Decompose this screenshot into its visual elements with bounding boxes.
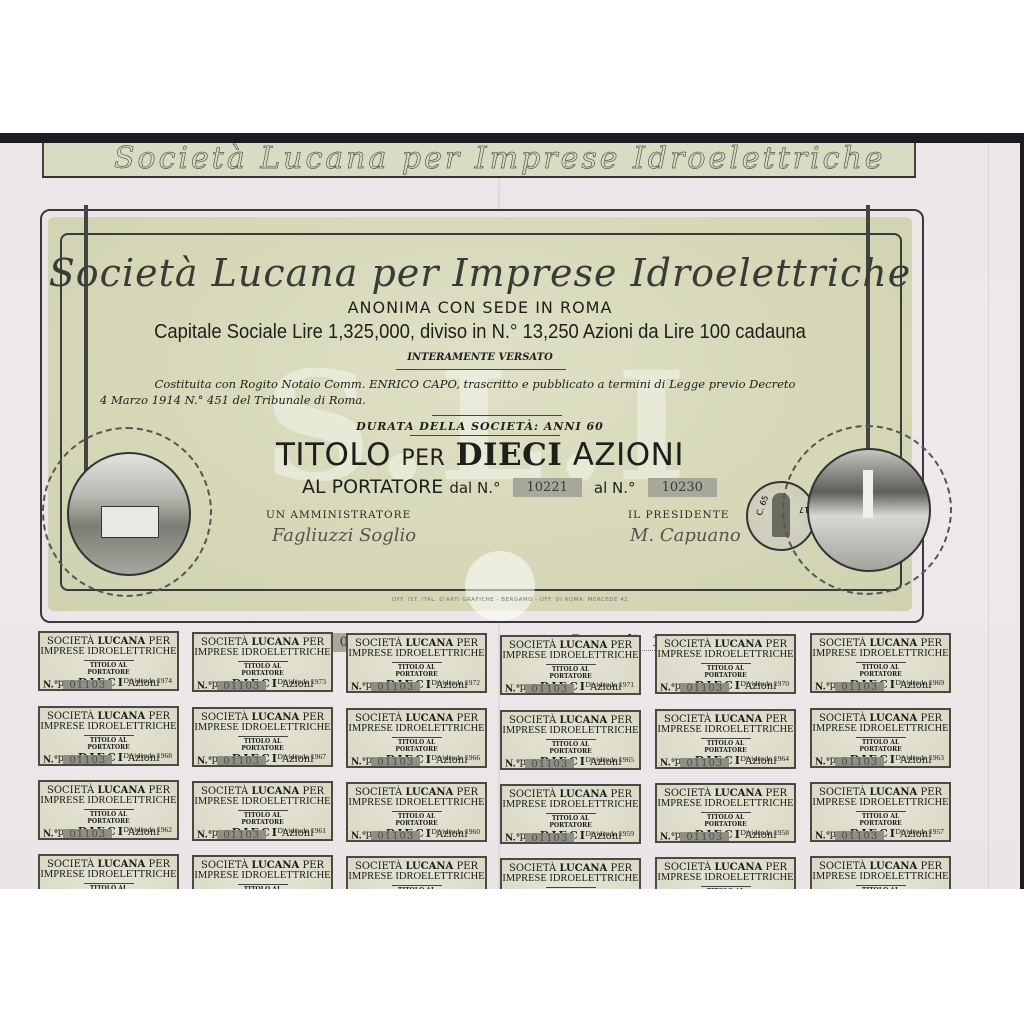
coupon-footer: N.° 01103 Dividendo 1961: [197, 825, 328, 837]
coupon-number-label: N.°: [815, 832, 830, 842]
coupon-number-label: N.°: [43, 830, 58, 840]
waterfall-icon: [863, 470, 873, 518]
coupon-bearer-label: TITOLO AL PORTATORE: [546, 813, 596, 829]
coupon-dividend: Dividendo 1962: [123, 824, 172, 836]
coupon-bearer-label: TITOLO AL PORTATORE: [84, 735, 134, 751]
dividend-coupon: SOCIETÀ LUCANA PER IMPRESE IDROELETTRICH…: [38, 631, 179, 691]
coupon-footer: N.° 01103 Dividendo 1959: [505, 828, 636, 840]
coupon-bearer-label: TITOLO AL PORTATORE: [701, 886, 751, 889]
dividend-coupon: SOCIETÀ LUCANA PER IMPRESE IDROELETTRICH…: [810, 633, 951, 693]
coupon-company-line-2: IMPRESE IDROELETTRICHE: [348, 871, 485, 882]
coupon-company-line-2: IMPRESE IDROELETTRICHE: [348, 648, 485, 659]
coupon-footer: N.° 01103 Dividendo 1962: [43, 824, 174, 836]
coupon-company-line-2: IMPRESE IDROELETTRICHE: [657, 872, 794, 883]
coupon-company-line-2: IMPRESE IDROELETTRICHE: [40, 795, 177, 806]
coupon-dividend: Dividendo 1970: [740, 678, 789, 690]
dividend-coupon: SOCIETÀ LUCANA PER IMPRESE IDROELETTRICH…: [38, 780, 179, 840]
coupon-number: 01103: [217, 681, 266, 693]
dividend-coupon: SOCIETÀ LUCANA PER IMPRESE IDROELETTRICH…: [346, 708, 487, 768]
coupon-footer: N.° 01103 Dividendo 1964: [660, 753, 791, 765]
coupon-number-label: N.°: [351, 683, 366, 693]
coupon-number: 01103: [835, 757, 884, 769]
coupon-bearer-label: TITOLO AL PORTATORE: [546, 664, 596, 680]
coupon-dividend: Dividendo 1960: [431, 826, 480, 838]
coupon-footer: N.° 01103 Dividendo 1974: [43, 675, 174, 687]
coupon-bearer-label: TITOLO AL PORTATORE: [856, 737, 906, 753]
coupon-number: 01103: [680, 683, 729, 695]
bearer-label: AL PORTATORE: [302, 476, 443, 498]
coupon-bearer-label: TITOLO AL PORTATORE: [84, 809, 134, 825]
coupon-number: 01103: [525, 684, 574, 696]
top-band-rule: [42, 176, 916, 178]
incorporation-text: Costituita con Rogito Notaio Comm. ENRIC…: [100, 376, 850, 408]
coupon-company-line-2: IMPRESE IDROELETTRICHE: [194, 722, 331, 733]
coupon-company-line-2: IMPRESE IDROELETTRICHE: [40, 869, 177, 880]
dividend-coupon: SOCIETÀ LUCANA PER IMPRESE IDROELETTRICH…: [38, 854, 179, 889]
title-word: PER: [401, 446, 445, 471]
coupon-company-line-2: IMPRESE IDROELETTRICHE: [812, 723, 949, 734]
coupon-dividend: Dividendo 1972: [431, 677, 480, 689]
coupon-company-line-2: IMPRESE IDROELETTRICHE: [812, 648, 949, 659]
divider: [432, 415, 562, 416]
coupon-footer: N.° 01103 Dividendo 1973: [197, 676, 328, 688]
coupon-number-label: N.°: [43, 756, 58, 766]
coupon-number: 01103: [525, 833, 574, 845]
coupon-number: 01103: [63, 680, 112, 692]
coupon-company-line-2: IMPRESE IDROELETTRICHE: [194, 870, 331, 881]
president-label: IL PRESIDENTE: [628, 509, 729, 521]
coupon-footer: N.° 01103 Dividendo 1969: [815, 677, 946, 689]
coupon-dividend: Dividendo 1964: [740, 753, 789, 765]
coupon-footer: N.° 01103 Dividendo 1971: [505, 679, 636, 691]
coupon-bearer-label: TITOLO AL PORTATORE: [392, 885, 442, 889]
coupon-dividend: Dividendo 1963: [895, 752, 944, 764]
coupon-number: 01103: [835, 682, 884, 694]
coupon-footer: N.° 01103 Dividendo 1970: [660, 678, 791, 690]
dividend-coupon: SOCIETÀ LUCANA PER IMPRESE IDROELETTRICH…: [810, 708, 951, 768]
coupon-number-label: N.°: [815, 758, 830, 768]
coupon-company-line-2: IMPRESE IDROELETTRICHE: [194, 796, 331, 807]
coupon-bearer-label: TITOLO AL PORTATORE: [701, 812, 751, 828]
coupon-number: 01103: [525, 759, 574, 771]
coupon-company-line-2: IMPRESE IDROELETTRICHE: [40, 646, 177, 657]
coupon-number-label: N.°: [505, 834, 520, 844]
coupon-company-line-2: IMPRESE IDROELETTRICHE: [502, 725, 639, 736]
from-label: dal N.°: [449, 479, 500, 497]
coupon-bearer-label: TITOLO AL PORTATORE: [546, 887, 596, 889]
coupon-number: 01103: [217, 830, 266, 842]
dividend-coupon: SOCIETÀ LUCANA PER IMPRESE IDROELETTRICH…: [655, 857, 796, 889]
certificate-photo: Società Lucana per Imprese Idroelettrich…: [0, 133, 1024, 889]
coupon-bearer-label: TITOLO AL PORTATORE: [701, 663, 751, 679]
coupon-dividend: Dividendo 1965: [585, 754, 634, 766]
coupon-bearer-label: TITOLO AL PORTATORE: [546, 739, 596, 755]
coupon-dividend: Dividendo 1971: [585, 679, 634, 691]
incorporation-line-1: Costituita con Rogito Notaio Comm. ENRIC…: [100, 376, 850, 392]
coupon-bearer-label: TITOLO AL PORTATORE: [238, 736, 288, 752]
coupon-number-label: N.°: [197, 831, 212, 841]
dividend-coupon: SOCIETÀ LUCANA PER IMPRESE IDROELETTRICH…: [655, 709, 796, 769]
coupon-number-label: N.°: [505, 760, 520, 770]
coupon-dividend: Dividendo 1968: [123, 750, 172, 762]
coupon-company-line-2: IMPRESE IDROELETTRICHE: [657, 798, 794, 809]
coupon-company-line-2: IMPRESE IDROELETTRICHE: [502, 799, 639, 810]
coupon-dividend: Dividendo 1974: [123, 675, 172, 687]
coupon-bearer-label: TITOLO AL PORTATORE: [856, 662, 906, 678]
coupon-footer: N.° 01103 Dividendo 1966: [351, 752, 482, 764]
administrator-signature: Fagliuzzi Soglio: [272, 525, 416, 546]
building-icon: [101, 506, 159, 538]
company-name: Società Lucana per Imprese Idroelettrich…: [40, 251, 920, 295]
coupon-number-label: N.°: [660, 759, 675, 769]
coupon-company-line-2: IMPRESE IDROELETTRICHE: [194, 647, 331, 658]
coupon-number-label: N.°: [815, 683, 830, 693]
coupon-dividend: Dividendo 1967: [277, 751, 326, 763]
coupon-bearer-label: TITOLO AL PORTATORE: [392, 811, 442, 827]
coupon-dividend: Dividendo 1961: [277, 825, 326, 837]
top-band-script: Società Lucana per Imprese Idroelettrich…: [114, 141, 886, 176]
dividend-coupon: SOCIETÀ LUCANA PER IMPRESE IDROELETTRICH…: [500, 784, 641, 844]
share-capital: Capitale Sociale Lire 1,325,000, diviso …: [75, 321, 885, 344]
coupon-company-line-2: IMPRESE IDROELETTRICHE: [348, 797, 485, 808]
to-number: 10230: [648, 478, 717, 497]
coupon-company-line-2: IMPRESE IDROELETTRICHE: [348, 723, 485, 734]
power-station-vignette: [67, 452, 191, 576]
coupon-dividend: Dividendo 1959: [585, 828, 634, 840]
top-band: Società Lucana per Imprese Idroelettrich…: [42, 143, 916, 176]
dividend-coupon: SOCIETÀ LUCANA PER IMPRESE IDROELETTRICH…: [192, 855, 333, 889]
coupon-bearer-label: TITOLO AL PORTATORE: [392, 662, 442, 678]
coupon-number-label: N.°: [660, 833, 675, 843]
dividend-coupon: SOCIETÀ LUCANA PER IMPRESE IDROELETTRICH…: [500, 858, 641, 889]
coupon-footer: N.° 01103 Dividendo 1972: [351, 677, 482, 689]
divider: [396, 369, 566, 370]
incorporation-line-2: 4 Marzo 1914 N.° 451 del Tribunale di Ro…: [100, 392, 850, 408]
fold-line: [988, 143, 989, 889]
coupon-footer: N.° 01103 Dividendo 1957: [815, 826, 946, 838]
dividend-coupon: SOCIETÀ LUCANA PER IMPRESE IDROELETTRICH…: [500, 635, 641, 695]
dividend-coupon: SOCIETÀ LUCANA PER IMPRESE IDROELETTRICH…: [346, 782, 487, 842]
coupon-number-label: N.°: [351, 832, 366, 842]
to-label: al N.°: [594, 479, 636, 497]
coupon-number-label: N.°: [505, 685, 520, 695]
coupon-footer: N.° 01103 Dividendo 1958: [660, 827, 791, 839]
dividend-coupon: SOCIETÀ LUCANA PER IMPRESE IDROELETTRICH…: [655, 634, 796, 694]
coupon-number-label: N.°: [351, 758, 366, 768]
dividend-coupon: SOCIETÀ LUCANA PER IMPRESE IDROELETTRICH…: [810, 782, 951, 842]
coupon-number-label: N.°: [660, 684, 675, 694]
coupon-dividend: Dividendo 1957: [895, 826, 944, 838]
coupon-number: 01103: [371, 831, 420, 843]
coupon-bearer-label: TITOLO AL PORTATORE: [701, 738, 751, 754]
coupon-company-line-2: IMPRESE IDROELETTRICHE: [502, 650, 639, 661]
coupon-company-line-2: IMPRESE IDROELETTRICHE: [40, 721, 177, 732]
coupon-number: 01103: [680, 758, 729, 770]
stamp-text: C. 65: [755, 494, 771, 517]
coupon-number-label: N.°: [197, 682, 212, 692]
coupon-company-line-2: IMPRESE IDROELETTRICHE: [812, 797, 949, 808]
coupon-company-line-2: IMPRESE IDROELETTRICHE: [657, 649, 794, 660]
coupon-footer: N.° 01103 Dividendo 1965: [505, 754, 636, 766]
title-word-bold: DIECI: [456, 437, 563, 473]
coupon-footer: N.° 01103 Dividendo 1967: [197, 751, 328, 763]
certificate-paper: Società Lucana per Imprese Idroelettrich…: [0, 143, 1020, 889]
title-word: AZIONI: [573, 437, 684, 473]
printer-credit: OFF. IST. ITAL. D'ARTI GRAFICHE - BERGAM…: [0, 597, 1020, 603]
coupon-dividend: Dividendo 1958: [740, 827, 789, 839]
coupon-number: 01103: [371, 757, 420, 769]
coupon-number: 01103: [835, 831, 884, 843]
coupon-bearer-label: TITOLO AL PORTATORE: [84, 883, 134, 889]
coupon-bearer-label: TITOLO AL PORTATORE: [238, 661, 288, 677]
coupon-number: 01103: [63, 829, 112, 841]
coupon-number-label: N.°: [43, 681, 58, 691]
administrator-label: UN AMMINISTRATORE: [266, 509, 411, 521]
coupon-footer: N.° 01103 Dividendo 1960: [351, 826, 482, 838]
coupon-dividend: Dividendo 1966: [431, 752, 480, 764]
coupon-bearer-label: TITOLO AL PORTATORE: [392, 737, 442, 753]
coupon-company-line-2: IMPRESE IDROELETTRICHE: [812, 871, 949, 882]
duration: DURATA DELLA SOCIETÀ: ANNI 60: [40, 420, 920, 433]
president-signature: M. Capuano: [630, 525, 741, 546]
coupon-bearer-label: TITOLO AL PORTATORE: [856, 885, 906, 889]
coupon-footer: N.° 01103 Dividendo 1968: [43, 750, 174, 762]
coupon-number: 01103: [680, 832, 729, 844]
divider: [410, 435, 560, 436]
company-subtitle: ANONIMA CON SEDE IN ROMA: [40, 298, 920, 317]
bearer-line: AL PORTATORE dal N.° 10221 al N.° 10230: [302, 476, 723, 498]
dividend-coupon: SOCIETÀ LUCANA PER IMPRESE IDROELETTRICH…: [346, 856, 487, 889]
waterfall-vignette: [807, 448, 931, 572]
coupon-bearer-label: TITOLO AL PORTATORE: [238, 810, 288, 826]
coupon-number: 01103: [371, 682, 420, 694]
coupon-number: 01103: [217, 756, 266, 768]
dividend-coupon: SOCIETÀ LUCANA PER IMPRESE IDROELETTRICH…: [192, 632, 333, 692]
watermark-circle: [465, 551, 535, 621]
paid-in-note: INTERAMENTE VERSATO: [40, 352, 920, 363]
dividend-coupon: SOCIETÀ LUCANA PER IMPRESE IDROELETTRICH…: [500, 710, 641, 770]
coupon-bearer-label: TITOLO AL PORTATORE: [238, 884, 288, 889]
coupon-bearer-label: TITOLO AL PORTATORE: [84, 660, 134, 676]
coupon-company-line-2: IMPRESE IDROELETTRICHE: [657, 724, 794, 735]
coupon-company-line-2: IMPRESE IDROELETTRICHE: [502, 873, 639, 884]
coupon-number-label: N.°: [197, 757, 212, 767]
coupon-bearer-label: TITOLO AL PORTATORE: [856, 811, 906, 827]
from-number: 10221: [513, 478, 582, 497]
coupon-footer: N.° 01103 Dividendo 1963: [815, 752, 946, 764]
dividend-coupon: SOCIETÀ LUCANA PER IMPRESE IDROELETTRICH…: [192, 781, 333, 841]
coupon-dividend: Dividendo 1969: [895, 677, 944, 689]
dividend-coupon: SOCIETÀ LUCANA PER IMPRESE IDROELETTRICH…: [192, 707, 333, 767]
dividend-coupon: SOCIETÀ LUCANA PER IMPRESE IDROELETTRICH…: [655, 783, 796, 843]
coupon-number: 01103: [63, 755, 112, 767]
dividend-coupon: SOCIETÀ LUCANA PER IMPRESE IDROELETTRICH…: [38, 706, 179, 766]
dividend-coupon: SOCIETÀ LUCANA PER IMPRESE IDROELETTRICH…: [810, 856, 951, 889]
dividend-coupon: SOCIETÀ LUCANA PER IMPRESE IDROELETTRICH…: [346, 633, 487, 693]
title-word: TITOLO: [276, 437, 391, 473]
coupon-dividend: Dividendo 1973: [277, 676, 326, 688]
